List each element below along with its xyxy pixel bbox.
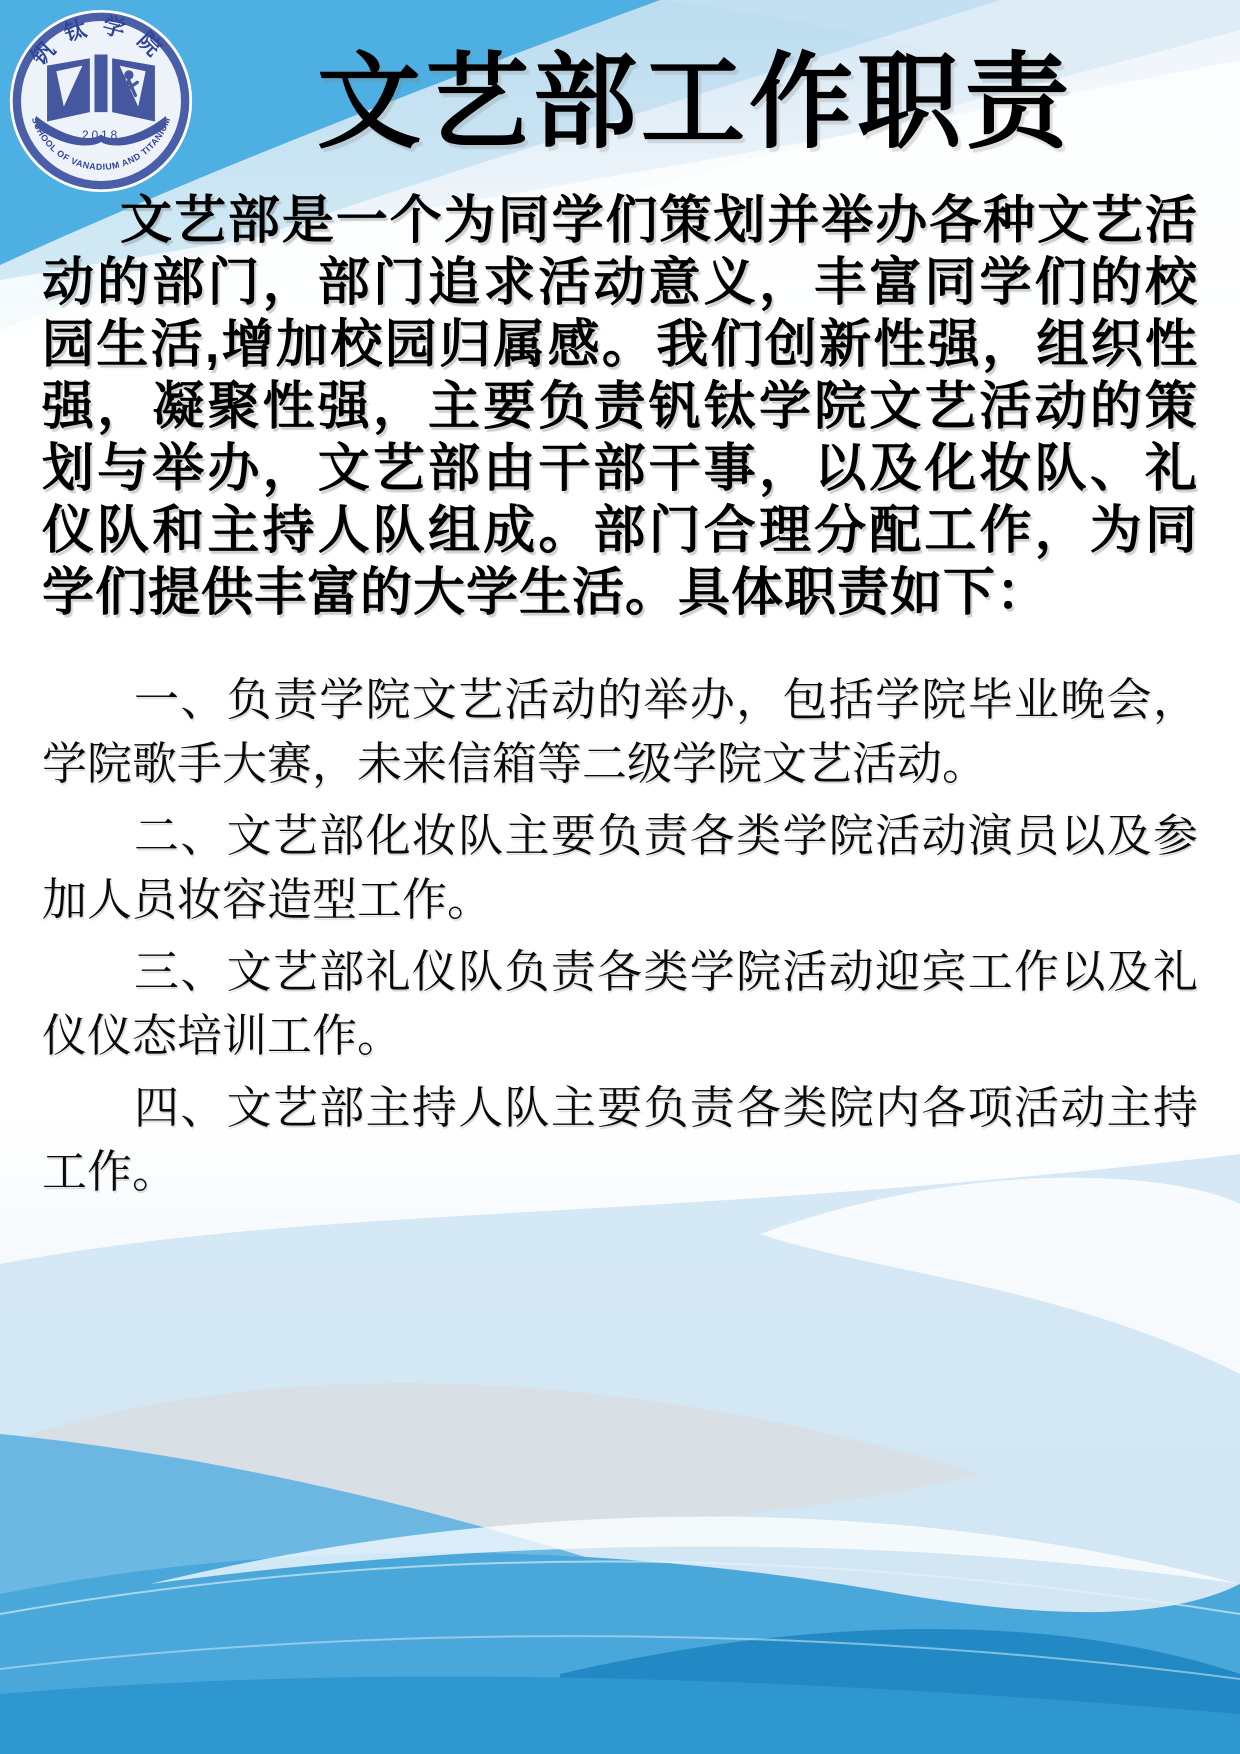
duty-item-2: 二、文艺部化妆队主要负责各类学院活动演员以及参加人员妆容造型工作。 [42,804,1198,932]
bottom-white-mound [760,1178,1240,1374]
intro-paragraph: 文艺部是一个为同学们策划并举办各种文艺活动的部门，部门追求活动意义，丰富同学们的… [42,190,1198,624]
logo-book-spine [94,55,107,113]
bottom-gradient-band [0,1114,1240,1754]
bottom-crest-line-2 [0,1636,1240,1679]
duties-list: 一、负责学院文艺活动的举办，包括学院毕业晚会，学院歌手大赛，未来信箱等二级学院文… [0,668,1240,1204]
bottom-crest-line-1 [0,1562,1240,1615]
poster-content: 文艺部工作职责 文艺部是一个为同学们策划并举办各种文艺活动的部门，部门追求活动意… [0,46,1240,1204]
school-logo: 钒钛学院 SCHOOL OF VANADIUM AND TITANIUM 201… [8,8,194,194]
bottom-medium-blue-wave [0,1434,820,1754]
bottom-band [0,1677,1240,1754]
bottom-deep-blue-wave [560,1629,1240,1754]
bottom-wave-decoration [0,1114,1240,1754]
duty-item-1: 一、负责学院文艺活动的举办，包括学院毕业晚会，学院歌手大赛，未来信箱等二级学院文… [42,668,1198,796]
bottom-gray-swoosh [0,1383,980,1529]
poster-page: 钒钛学院 SCHOOL OF VANADIUM AND TITANIUM 201… [0,0,1240,1754]
duty-item-4: 四、文艺部主持人队主要负责各类院内各项活动主持工作。 [42,1076,1198,1204]
bottom-light-wash [0,1154,1240,1754]
bottom-white-crescent [150,1517,1240,1585]
school-logo-icon: 钒钛学院 SCHOOL OF VANADIUM AND TITANIUM 201… [8,8,194,194]
duty-item-3: 三、文艺部礼仪队负责各类学院活动迎宾工作以及礼仪仪态培训工作。 [42,940,1198,1068]
bottom-blue-sweep [0,1553,1240,1754]
